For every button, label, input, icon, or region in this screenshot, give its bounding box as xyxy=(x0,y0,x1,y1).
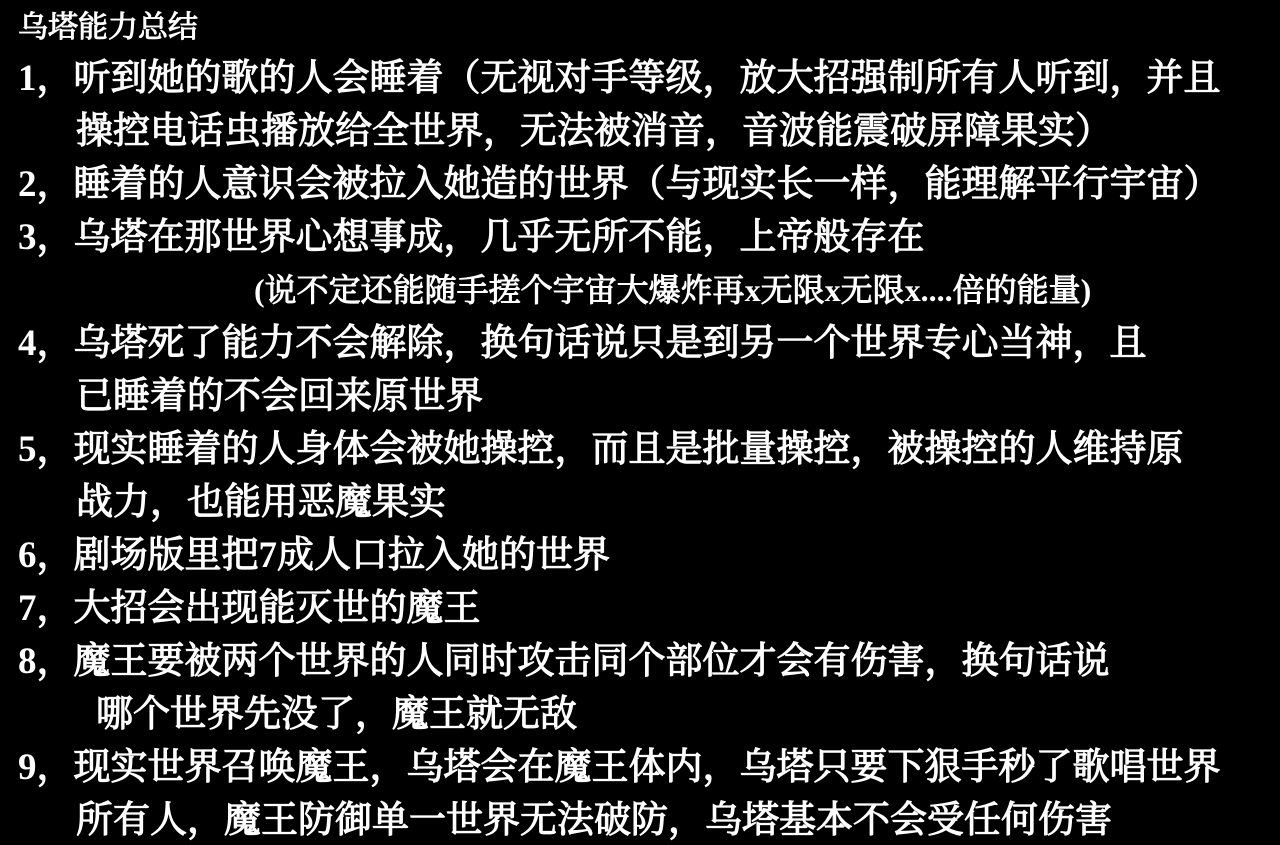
ability-item-5: 5，现实睡着的人身体会被她操控，而且是批量操控，被操控的人维持原 xyxy=(18,423,1270,476)
ability-item-1: 1，听到她的歌的人会睡着（无视对手等级，放大招强制所有人听到，并且 xyxy=(18,52,1270,105)
ability-item-1-continued: 操控电话虫播放给全世界，无法被消音，音波能震破屏障果实） xyxy=(18,105,1270,158)
ability-item-9-continued: 所有人，魔王防御单一世界无法破防，乌塔基本不会受任何伤害 xyxy=(18,794,1270,845)
ability-item-5-continued: 战力，也能用恶魔果实 xyxy=(18,476,1270,529)
ability-item-4: 4，乌塔死了能力不会解除，换句话说只是到另一个世界专心当神，且 xyxy=(18,317,1270,370)
ability-item-9: 9，现实世界召唤魔王，乌塔会在魔王体内，乌塔只要下狠手秒了歌唱世界 xyxy=(18,741,1270,794)
ability-item-3-note: (说不定还能随手搓个宇宙大爆炸再x无限x无限x....倍的能量) xyxy=(18,264,1270,317)
ability-item-3: 3，乌塔在那世界心想事成，几乎无所不能，上帝般存在 xyxy=(18,211,1270,264)
ability-item-2: 2，睡着的人意识会被拉入她造的世界（与现实长一样，能理解平行宇宙） xyxy=(18,158,1270,211)
ability-item-8-continued: 哪个世界先没了，魔王就无敌 xyxy=(18,688,1270,741)
page-title: 乌塔能力总结 xyxy=(18,4,1270,52)
ability-summary-sheet: 乌塔能力总结 1，听到她的歌的人会睡着（无视对手等级，放大招强制所有人听到，并且… xyxy=(0,0,1280,845)
ability-item-4-continued: 已睡着的不会回来原世界 xyxy=(18,370,1270,423)
ability-item-8: 8，魔王要被两个世界的人同时攻击同个部位才会有伤害，换句话说 xyxy=(18,635,1270,688)
ability-item-6: 6，剧场版里把7成人口拉入她的世界 xyxy=(18,529,1270,582)
ability-item-7: 7，大招会出现能灭世的魔王 xyxy=(18,582,1270,635)
